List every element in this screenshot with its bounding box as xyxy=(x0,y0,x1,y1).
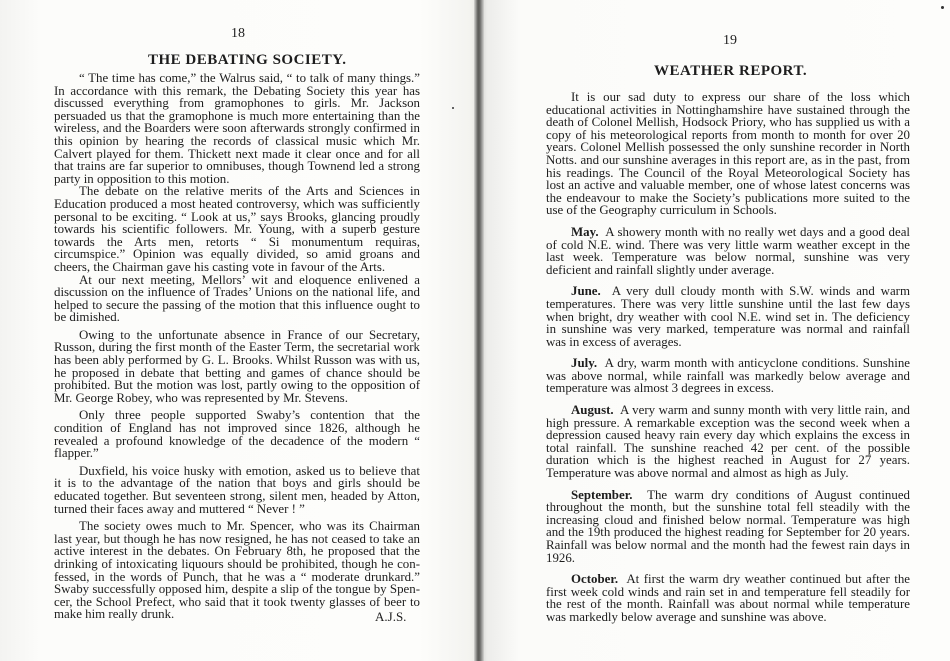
page-number: 18 xyxy=(231,26,245,42)
article-body: It is our sad duty to express our share … xyxy=(546,91,910,624)
month-text: A showery month with no really wet days … xyxy=(546,225,910,277)
month-entry: October. At first the warm dry weather c… xyxy=(546,573,910,623)
month-entry: May. A showery month with no really wet … xyxy=(546,226,910,276)
month-text: A dry, warm month with anticyclone condi… xyxy=(546,356,910,395)
article-title: WEATHER REPORT. xyxy=(654,63,807,80)
page-number: 19 xyxy=(723,33,737,49)
paragraph: The society owes much to Mr. Spencer, wh… xyxy=(54,520,420,621)
article-title: THE DEBATING SOCIETY. xyxy=(148,52,346,69)
speck xyxy=(452,107,454,109)
paragraph: “ The time has come,” the Walrus said, “… xyxy=(54,72,420,185)
book-spread: 18 THE DEBATING SOCIETY. “ The time has … xyxy=(0,0,950,661)
paragraph: The debate on the relative merits of the… xyxy=(54,185,420,273)
paragraph: Owing to the unfortunate absence in Fran… xyxy=(54,329,420,405)
book-gutter xyxy=(474,0,484,661)
right-page: 19 WEATHER REPORT. It is our sad duty to… xyxy=(479,0,950,661)
paragraph: Duxfield, his voice husky with emotion, … xyxy=(54,465,420,515)
author-signature: A.J.S. xyxy=(375,609,406,625)
article-body: “ The time has come,” the Walrus said, “… xyxy=(54,72,420,621)
left-page: 18 THE DEBATING SOCIETY. “ The time has … xyxy=(0,0,479,661)
month-entry: June. A very dull cloudy month with S.W.… xyxy=(546,285,910,348)
month-entry: August. A very warm and sunny month with… xyxy=(546,404,910,480)
speck xyxy=(941,6,944,9)
paragraph: Only three people supported Swaby’s cont… xyxy=(54,409,420,459)
month-entry: September. The warm dry conditions of Au… xyxy=(546,489,910,565)
month-entry: July. A dry, warm month with anticyclone… xyxy=(546,357,910,395)
intro-paragraph: It is our sad duty to express our share … xyxy=(546,91,910,217)
paragraph: At our next meeting, Mellors’ wit and el… xyxy=(54,274,420,324)
month-text: A very dull cloudy month with S.W. winds… xyxy=(546,284,910,348)
